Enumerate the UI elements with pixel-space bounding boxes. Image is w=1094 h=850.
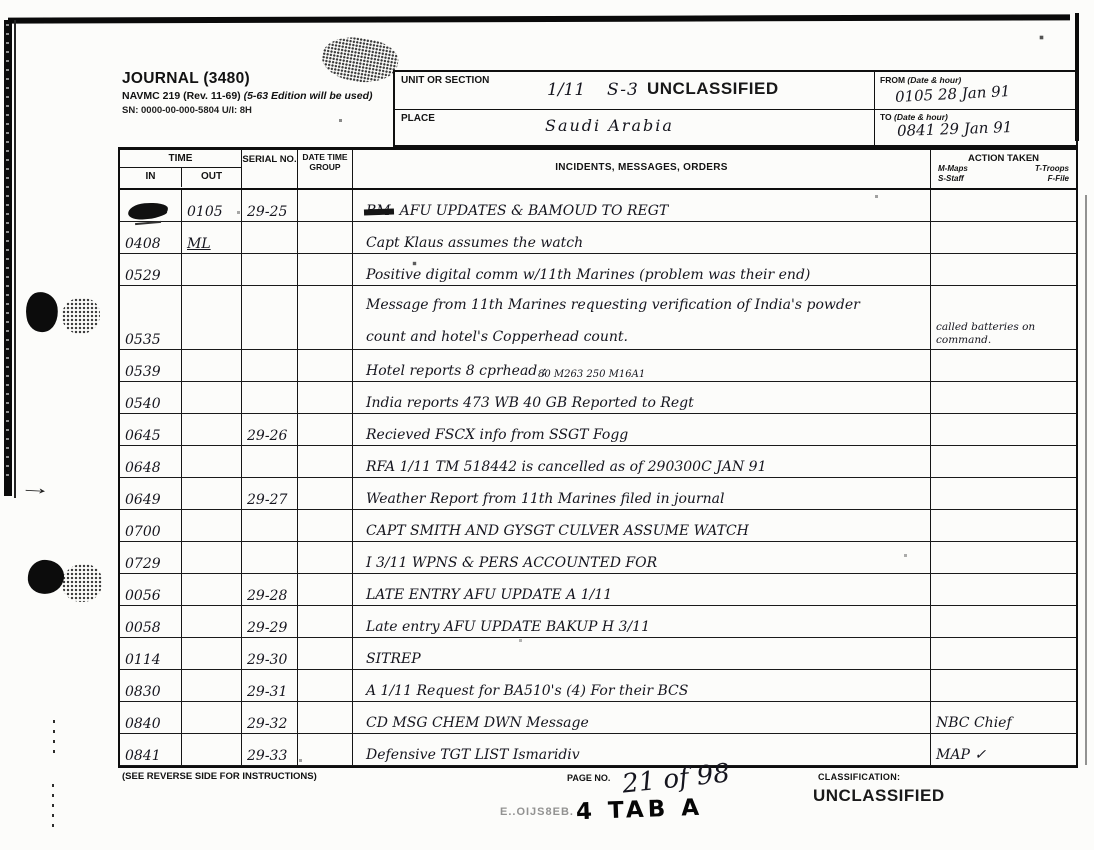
superscript-note: 80 M263 250 M16A1 <box>538 369 645 380</box>
incident-text-main: SITREP <box>366 651 421 667</box>
scan-right-faint-line <box>1085 195 1087 765</box>
to-box: TO (Date & hour) 0841 29 Jan 91 <box>874 110 1077 145</box>
time-in-cell: 0408 <box>120 222 182 253</box>
incident-text: India reports 473 WB 40 GB Reported to R… <box>366 395 694 411</box>
incident-text-main: CD MSG CHEM DWN Message <box>366 715 589 731</box>
time-out-cell: 0105 <box>182 190 242 221</box>
date-time-group-cell <box>298 574 353 605</box>
time-in-cell: 0729 <box>120 542 182 573</box>
time-in-value: 0539 <box>125 364 161 380</box>
action-taken-cell <box>931 606 1076 637</box>
journal-rows: 010529-25BMAFU UPDATES & BAMOUD TO REGT0… <box>120 190 1076 766</box>
journal-row: 005629-28LATE ENTRY AFU UPDATE A 1/11 <box>120 574 1076 606</box>
place-value: Saudi Arabia <box>545 116 674 135</box>
time-in-value: 0649 <box>125 492 161 508</box>
incident-text-main: RFA 1/11 TM 518442 is cancelled as of 29… <box>366 459 766 475</box>
time-in-value: 0841 <box>125 748 161 764</box>
incidents-cell: A 1/11 Request for BA510's (4) For their… <box>353 670 931 701</box>
journal-row: 083029-31A 1/11 Request for BA510's (4) … <box>120 670 1076 702</box>
serial-no-value: 29-29 <box>247 620 287 636</box>
time-in-cell: 0700 <box>120 510 182 541</box>
incidents-cell: I 3/11 WPNS & PERS ACCOUNTED FOR <box>353 542 931 573</box>
date-time-group-cell <box>298 446 353 477</box>
time-in-cell: 0645 <box>120 414 182 445</box>
incident-text-main: AFU UPDATES & BAMOUD TO REGT <box>400 203 669 219</box>
serial-no-cell: 29-30 <box>242 638 298 669</box>
incidents-cell: Positive digital comm w/11th Marines (pr… <box>353 254 931 285</box>
journal-table: TIME IN OUT SERIAL NO. DATE TIME GROUP I… <box>118 147 1078 768</box>
from-label: FROM (Date & hour) <box>880 75 961 85</box>
serial-no-value: 29-26 <box>247 428 287 444</box>
action-taken-cell: MAP ✓ <box>931 734 1076 765</box>
form-header-box: UNIT OR SECTION 1/11 S-3 UNCLASSIFIED FR… <box>393 70 1078 147</box>
from-value: 0105 28 Jan 91 <box>895 82 1011 106</box>
time-in-header: IN <box>120 168 182 187</box>
form-stock-number: SN: 0000-00-000-5804 U/I: 8H <box>122 105 252 116</box>
time-out-cell <box>182 670 242 701</box>
incident-text-main: CAPT SMITH AND GYSGT CULVER ASSUME WATCH <box>366 523 749 539</box>
serial-no-cell <box>242 542 298 573</box>
time-out-value: ML <box>187 236 211 252</box>
journal-row: 0648RFA 1/11 TM 518442 is cancelled as o… <box>120 446 1076 478</box>
time-in-cell: 0539 <box>120 350 182 381</box>
time-out-value: 0105 <box>187 204 223 220</box>
action-taken-cell: called batteries oncommand. <box>931 286 1076 349</box>
journal-row: 084129-33Defensive TGT LIST IsmaridivMAP… <box>120 734 1076 766</box>
scan-top-edge <box>8 14 1070 23</box>
incident-text: Message from 11th Marines requesting ver… <box>366 297 860 313</box>
time-in-value: 0729 <box>125 556 161 572</box>
time-out-cell <box>182 734 242 765</box>
incident-text-main: A 1/11 Request for BA510's (4) For their… <box>366 683 688 699</box>
date-time-group-cell <box>298 510 353 541</box>
place-label: PLACE <box>401 113 435 124</box>
page-left-border <box>14 20 16 498</box>
journal-row: 0408MLCapt Klaus assumes the watch <box>120 222 1076 254</box>
serial-no-cell <box>242 350 298 381</box>
incident-text-main: India reports 473 WB 40 GB Reported to R… <box>366 395 694 411</box>
action-note: NBC Chief <box>931 715 1076 731</box>
incident-text: Positive digital comm w/11th Marines (pr… <box>366 267 810 283</box>
time-in-cell: 0529 <box>120 254 182 285</box>
time-in-cell: 0648 <box>120 446 182 477</box>
classification-label: CLASSIFICATION: <box>818 772 900 782</box>
unit-label: UNIT OR SECTION <box>401 75 489 86</box>
date-time-group-cell <box>298 478 353 509</box>
time-in-value: 0408 <box>125 236 161 252</box>
time-in-value: 0700 <box>125 524 161 540</box>
serial-no-cell: 29-31 <box>242 670 298 701</box>
action-taken-title: ACTION TAKEN <box>931 150 1076 164</box>
date-time-group-cell <box>298 382 353 413</box>
incident-text-main: Defensive TGT LIST Ismaridiv <box>366 747 580 763</box>
incidents-cell: BMAFU UPDATES & BAMOUD TO REGT <box>353 190 931 221</box>
serial-no-cell <box>242 510 298 541</box>
tab-annotation: 4 TAB A <box>576 795 704 825</box>
serial-no-cell <box>242 222 298 253</box>
time-out-cell <box>182 542 242 573</box>
action-taken-cell <box>931 638 1076 669</box>
time-out-cell <box>182 382 242 413</box>
legend-staff: S-Staff <box>938 174 964 184</box>
date-time-group-cell <box>298 414 353 445</box>
incidents-cell: SITREP <box>353 638 931 669</box>
action-taken-cell <box>931 510 1076 541</box>
incidents-cell: Defensive TGT LIST Ismaridiv <box>353 734 931 765</box>
unit-section-value: S-3 <box>607 80 639 100</box>
serial-no-cell: 29-28 <box>242 574 298 605</box>
col-action-taken: ACTION TAKEN M-MapsT-Troops S-StaffF-Fil… <box>931 150 1076 188</box>
serial-no-value: 29-30 <box>247 652 287 668</box>
incident-text-main: I 3/11 WPNS & PERS ACCOUNTED FOR <box>366 555 657 571</box>
col-serial: SERIAL NO. <box>242 150 298 188</box>
ink-blot <box>26 558 65 596</box>
faint-stamp: E..OIJS8EB. <box>500 806 574 818</box>
time-in-value: 0535 <box>125 332 161 348</box>
incidents-cell: CD MSG CHEM DWN Message <box>353 702 931 733</box>
time-in-value: 0830 <box>125 684 161 700</box>
journal-table-header: TIME IN OUT SERIAL NO. DATE TIME GROUP I… <box>120 150 1076 190</box>
incident-text: RFA 1/11 TM 518442 is cancelled as of 29… <box>366 459 766 475</box>
incident-text: Late entry AFU UPDATE BAKUP H 3/11 <box>366 619 650 635</box>
place-row: PLACE Saudi Arabia TO (Date & hour) 0841… <box>395 110 1076 145</box>
journal-row: 054080 M263 250 M16A1India reports 473 W… <box>120 382 1076 414</box>
date-time-group-cell <box>298 350 353 381</box>
page-no-label: PAGE NO. <box>567 773 610 783</box>
incident-text-line2: count and hotel's Copperhead count. <box>366 329 628 345</box>
action-taken-cell <box>931 446 1076 477</box>
incident-text: Defensive TGT LIST Ismaridiv <box>366 747 580 763</box>
incident-text: A 1/11 Request for BA510's (4) For their… <box>366 683 688 699</box>
time-out-cell <box>182 574 242 605</box>
action-taken-cell <box>931 190 1076 221</box>
incidents-cell: Weather Report from 11th Marines filed i… <box>353 478 931 509</box>
action-taken-cell <box>931 222 1076 253</box>
time-in-value: 0645 <box>125 428 161 444</box>
action-taken-cell <box>931 382 1076 413</box>
time-out-cell <box>182 510 242 541</box>
time-out-cell <box>182 606 242 637</box>
serial-no-cell: 29-25 <box>242 190 298 221</box>
incident-text: SITREP <box>366 651 421 667</box>
action-taken-cell <box>931 670 1076 701</box>
time-in-value: 0540 <box>125 396 161 412</box>
form-edition-note: (5-63 Edition will be used) <box>244 90 373 102</box>
incident-text: CD MSG CHEM DWN Message <box>366 715 589 731</box>
time-in-value: 0056 <box>125 588 161 604</box>
time-in-value: 0529 <box>125 268 161 284</box>
time-out-cell <box>182 702 242 733</box>
margin-dotted-mark <box>52 784 54 830</box>
serial-no-value: 29-27 <box>247 492 287 508</box>
classification-value: UNCLASSIFIED <box>813 786 945 806</box>
legend-maps: M-Maps <box>938 164 968 174</box>
incident-text: I 3/11 WPNS & PERS ACCOUNTED FOR <box>366 555 657 571</box>
incident-text: Weather Report from 11th Marines filed i… <box>366 491 724 507</box>
incident-text-main: Recieved FSCX info from SSGT Fogg <box>366 427 628 443</box>
ink-blot-speckled <box>62 298 100 334</box>
serial-no-cell: 29-32 <box>242 702 298 733</box>
date-time-group-cell <box>298 222 353 253</box>
serial-no-cell <box>242 286 298 349</box>
journal-row: 064529-26Recieved FSCX info from SSGT Fo… <box>120 414 1076 446</box>
microfilm-edge-bar <box>4 20 12 496</box>
serial-no-value: 29-32 <box>247 716 287 732</box>
date-time-group-cell <box>298 702 353 733</box>
action-taken-cell <box>931 542 1076 573</box>
margin-arrow-mark: → <box>18 477 53 501</box>
scribbled-entry <box>127 201 168 220</box>
serial-no-cell <box>242 382 298 413</box>
time-in-cell: 0535 <box>120 286 182 349</box>
scanned-journal-page: → JOURNAL (3480) NAVMC 219 (Rev. 11-69) … <box>0 0 1094 850</box>
incident-text-main: Capt Klaus assumes the watch <box>366 235 583 251</box>
action-taken-cell <box>931 574 1076 605</box>
time-in-value: 0058 <box>125 620 161 636</box>
serial-no-cell: 29-26 <box>242 414 298 445</box>
serial-no-value: 29-28 <box>247 588 287 604</box>
ink-blot-speckled <box>62 564 102 602</box>
serial-no-value: 29-31 <box>247 684 287 700</box>
time-in-cell: 0114 <box>120 638 182 669</box>
scan-specks <box>0 0 1 1</box>
time-out-cell <box>182 286 242 349</box>
reverse-side-note: (SEE REVERSE SIDE FOR INSTRUCTIONS) <box>122 771 317 782</box>
serial-no-cell <box>242 254 298 285</box>
time-in-value: 0648 <box>125 460 161 476</box>
from-box: FROM (Date & hour) 0105 28 Jan 91 <box>874 72 1077 109</box>
time-in-cell: 0056 <box>120 574 182 605</box>
legend-troops: T-Troops <box>1035 164 1069 174</box>
date-time-group-cell <box>298 254 353 285</box>
time-header: TIME <box>120 150 241 168</box>
date-time-group-cell <box>298 638 353 669</box>
serial-no-value: 29-33 <box>247 748 287 764</box>
time-in-cell: 0841 <box>120 734 182 765</box>
incident-text-main: Hotel reports 8 cprhead ; <box>366 363 546 379</box>
action-taken-cell <box>931 254 1076 285</box>
unit-row: UNIT OR SECTION 1/11 S-3 UNCLASSIFIED FR… <box>395 72 1076 110</box>
action-note: MAP ✓ <box>931 747 1076 763</box>
journal-row: 0535Message from 11th Marines requesting… <box>120 286 1076 350</box>
time-out-cell <box>182 254 242 285</box>
serial-no-cell: 29-29 <box>242 606 298 637</box>
incident-text-main: LATE ENTRY AFU UPDATE A 1/11 <box>366 587 612 603</box>
journal-row: 084029-32CD MSG CHEM DWN MessageNBC Chie… <box>120 702 1076 734</box>
action-note: command. <box>931 334 1076 347</box>
unit-value: 1/11 <box>547 80 585 100</box>
action-taken-cell <box>931 350 1076 381</box>
form-title: JOURNAL (3480) <box>122 70 250 88</box>
incidents-cell: LATE ENTRY AFU UPDATE A 1/11 <box>353 574 931 605</box>
col-date-time-group: DATE TIME GROUP <box>298 150 353 188</box>
form-number: NAVMC 219 (Rev. 11-69) <box>122 90 244 102</box>
serial-no-cell <box>242 446 298 477</box>
time-in-cell: 0840 <box>120 702 182 733</box>
date-time-group-cell <box>298 286 353 349</box>
incident-text: CAPT SMITH AND GYSGT CULVER ASSUME WATCH <box>366 523 749 539</box>
incident-text: Hotel reports 8 cprhead ; <box>366 363 546 379</box>
incident-text-main: Message from 11th Marines requesting ver… <box>366 297 860 313</box>
incident-text: Capt Klaus assumes the watch <box>366 235 583 251</box>
incident-text-main: Positive digital comm w/11th Marines (pr… <box>366 267 810 283</box>
time-in-value: 0840 <box>125 716 161 732</box>
time-out-header: OUT <box>182 168 241 187</box>
time-in-cell: 0540 <box>120 382 182 413</box>
time-in-value: 0114 <box>125 652 161 668</box>
date-time-group-cell <box>298 542 353 573</box>
serial-no-cell: 29-33 <box>242 734 298 765</box>
time-out-cell <box>182 638 242 669</box>
incident-text-main: Weather Report from 11th Marines filed i… <box>366 491 724 507</box>
time-out-cell <box>182 414 242 445</box>
ink-smudge <box>319 32 401 89</box>
incident-text: LATE ENTRY AFU UPDATE A 1/11 <box>366 587 612 603</box>
journal-row: 0700CAPT SMITH AND GYSGT CULVER ASSUME W… <box>120 510 1076 542</box>
action-note: called batteries on <box>931 321 1076 334</box>
time-out-cell <box>182 478 242 509</box>
col-time: TIME IN OUT <box>120 150 242 188</box>
incidents-cell: Late entry AFU UPDATE BAKUP H 3/11 <box>353 606 931 637</box>
journal-row: 0529Positive digital comm w/11th Marines… <box>120 254 1076 286</box>
time-out-cell <box>182 446 242 477</box>
time-in-cell: 0058 <box>120 606 182 637</box>
incident-text-main: Late entry AFU UPDATE BAKUP H 3/11 <box>366 619 650 635</box>
journal-row: 010529-25BMAFU UPDATES & BAMOUD TO REGT <box>120 190 1076 222</box>
journal-row: 0729I 3/11 WPNS & PERS ACCOUNTED FOR <box>120 542 1076 574</box>
serial-no-cell: 29-27 <box>242 478 298 509</box>
time-in-cell: 0830 <box>120 670 182 701</box>
journal-row: 064929-27Weather Report from 11th Marine… <box>120 478 1076 510</box>
date-time-group-cell <box>298 606 353 637</box>
to-value: 0841 29 Jan 91 <box>897 118 1013 140</box>
incident-text: BMAFU UPDATES & BAMOUD TO REGT <box>366 203 668 219</box>
time-in-cell <box>120 190 182 221</box>
time-out-cell <box>182 350 242 381</box>
date-time-group-cell <box>298 190 353 221</box>
action-taken-cell <box>931 414 1076 445</box>
date-time-group-cell <box>298 734 353 765</box>
action-taken-cell <box>931 478 1076 509</box>
incidents-cell: 80 M263 250 M16A1India reports 473 WB 40… <box>353 382 931 413</box>
date-time-group-cell <box>298 670 353 701</box>
time-out-cell: ML <box>182 222 242 253</box>
incidents-cell: Recieved FSCX info from SSGT Fogg <box>353 414 931 445</box>
incidents-cell: CAPT SMITH AND GYSGT CULVER ASSUME WATCH <box>353 510 931 541</box>
unclassified-stamp: UNCLASSIFIED <box>647 79 779 99</box>
incident-text: Recieved FSCX info from SSGT Fogg <box>366 427 628 443</box>
legend-file: F-File <box>1048 174 1069 184</box>
incidents-cell: Message from 11th Marines requesting ver… <box>353 286 931 349</box>
struck-text: BM <box>366 203 391 219</box>
ink-blot <box>23 290 60 334</box>
incidents-cell: Capt Klaus assumes the watch <box>353 222 931 253</box>
journal-row: 011429-30SITREP <box>120 638 1076 670</box>
serial-no-value: 29-25 <box>247 204 287 220</box>
incidents-cell: RFA 1/11 TM 518442 is cancelled as of 29… <box>353 446 931 477</box>
col-incidents: INCIDENTS, MESSAGES, ORDERS <box>353 150 931 188</box>
journal-row: 005829-29Late entry AFU UPDATE BAKUP H 3… <box>120 606 1076 638</box>
action-taken-cell: NBC Chief <box>931 702 1076 733</box>
margin-dotted-mark <box>53 720 55 760</box>
time-in-cell: 0649 <box>120 478 182 509</box>
form-subtitle: NAVMC 219 (Rev. 11-69) (5-63 Edition wil… <box>122 90 373 102</box>
